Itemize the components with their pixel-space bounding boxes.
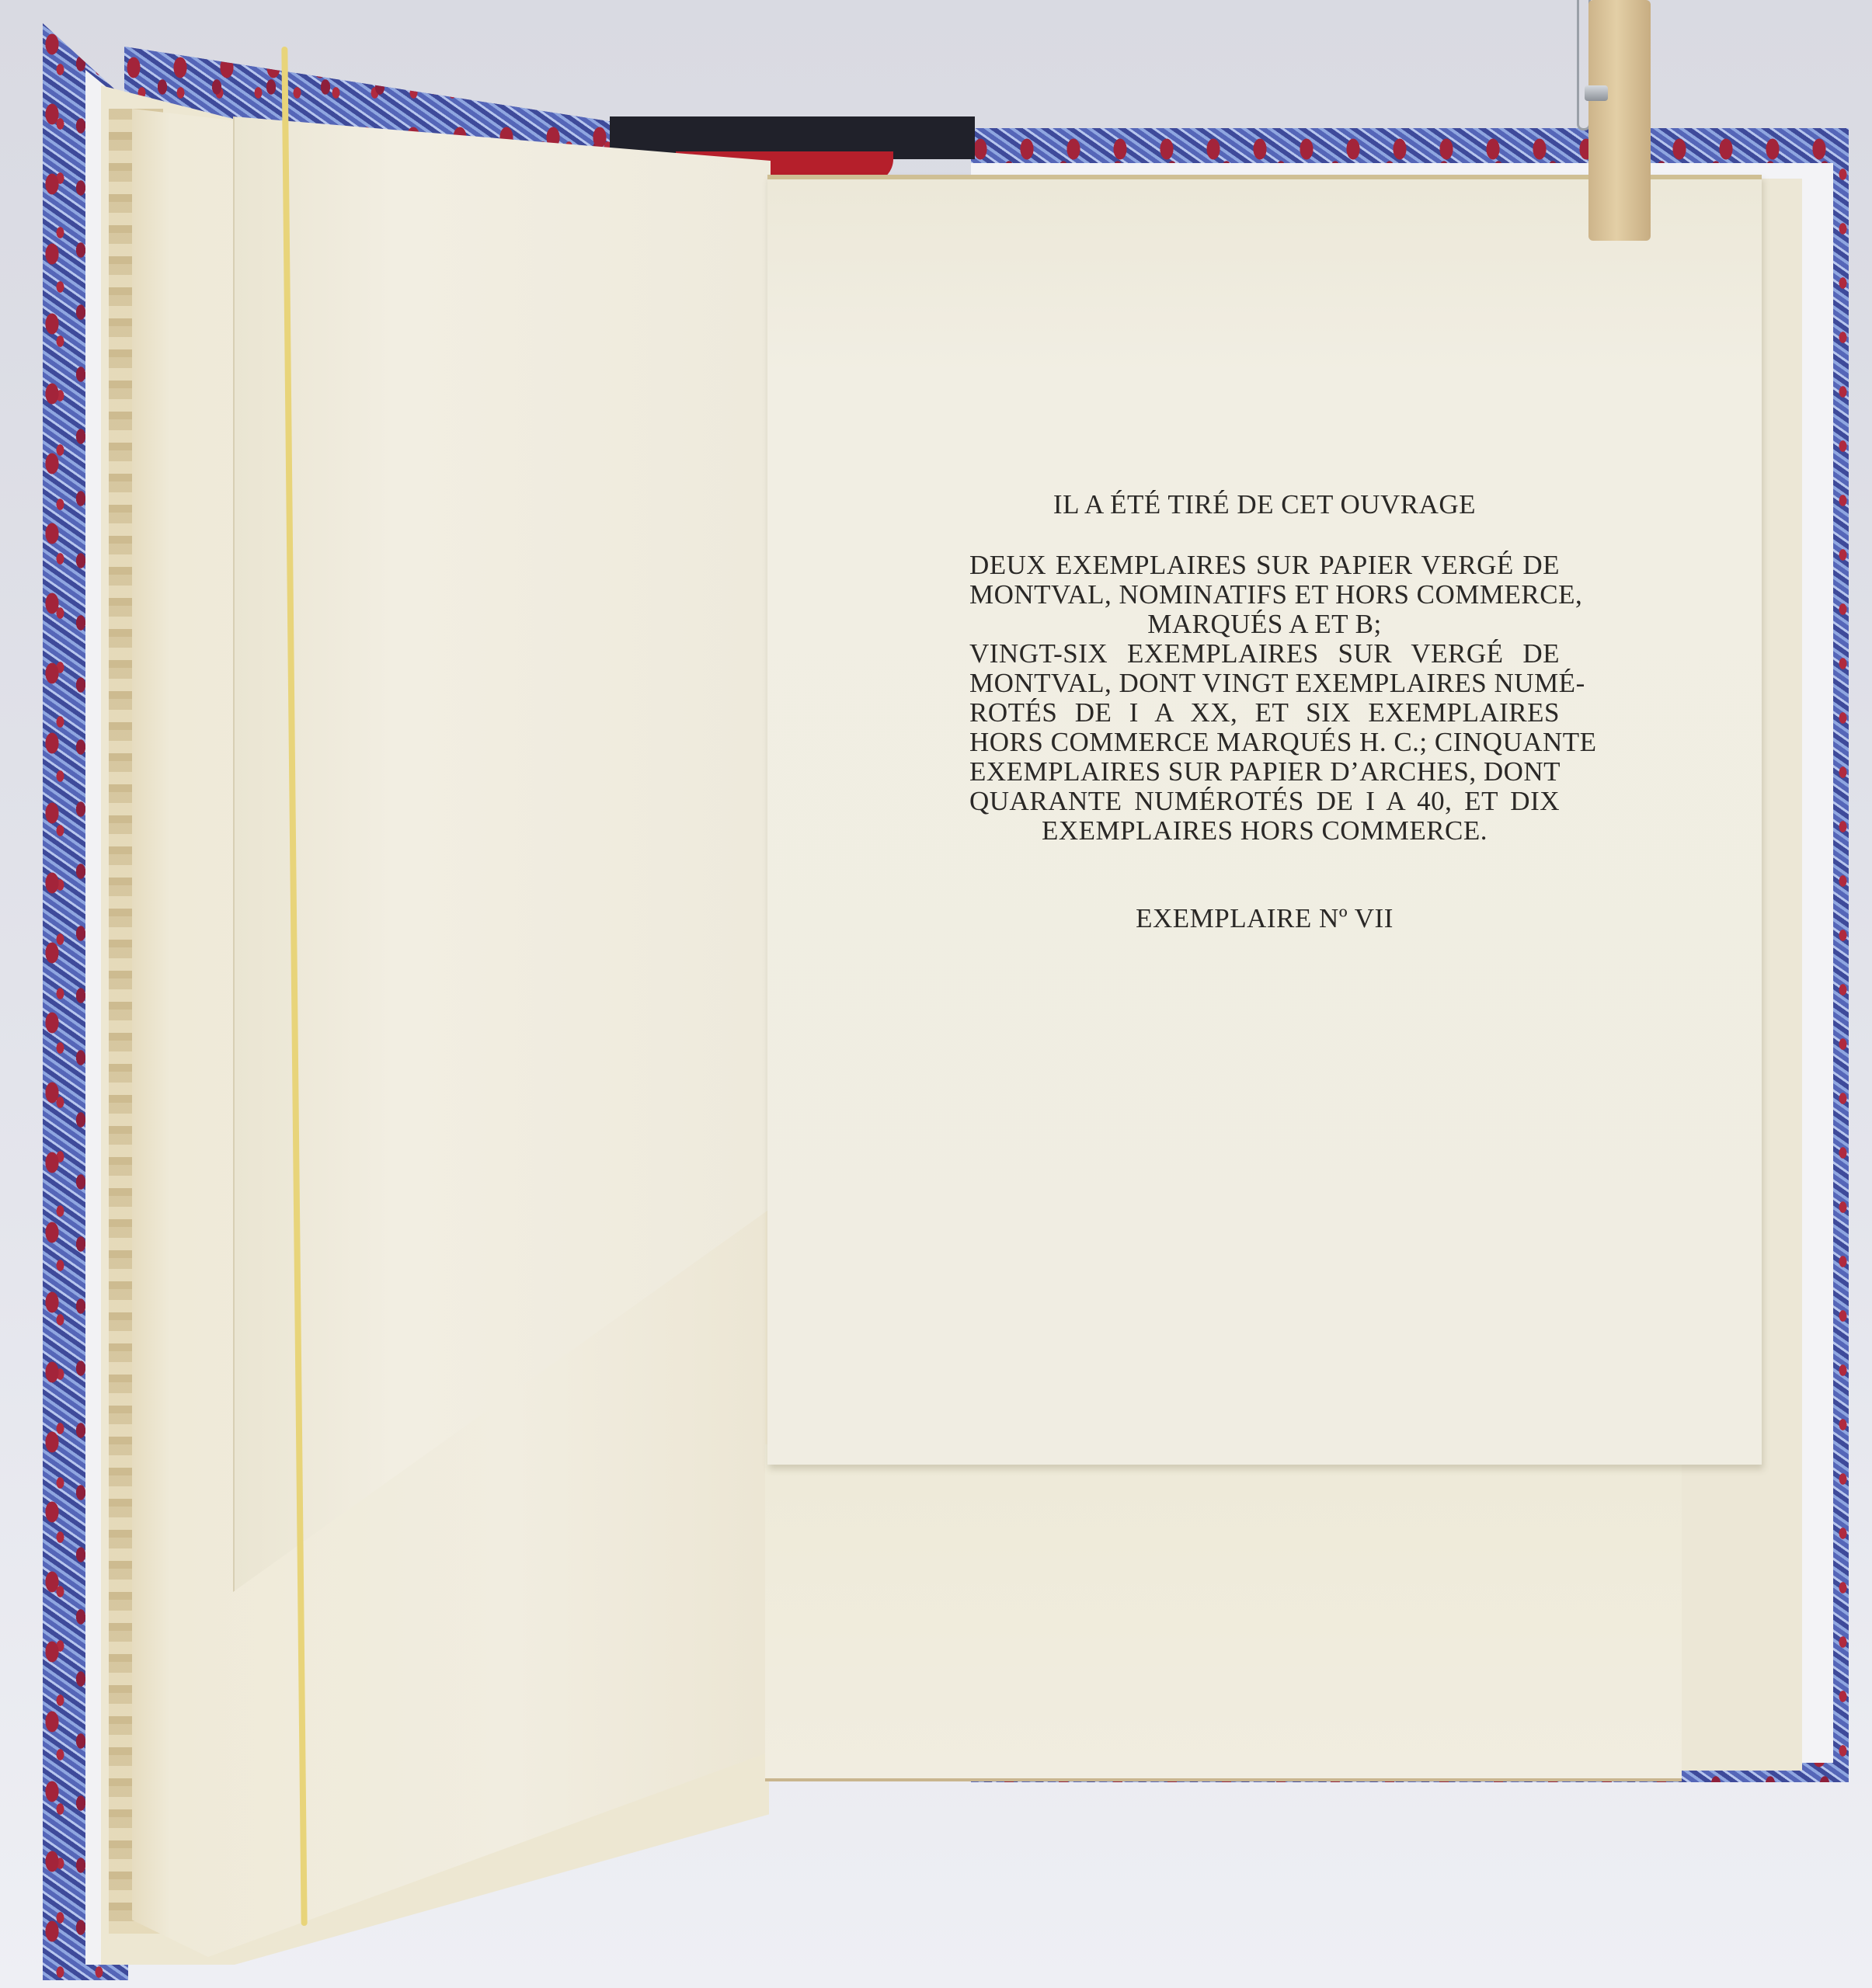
colophon-line: QUARANTE NUMÉROTÉS DE I A 40, ET DIX — [969, 787, 1560, 816]
copy-number: EXEMPLAIRE Nº VII — [969, 904, 1560, 933]
colophon-line: EXEMPLAIRES SUR PAPIER D’ARCHES, DONT — [969, 757, 1560, 787]
colophon-line: EXEMPLAIRES HORS COMMERCE. — [969, 816, 1560, 846]
colophon-line: MARQUÉS A ET B; — [969, 610, 1560, 639]
clothespin-coil — [1585, 85, 1608, 101]
colophon-page: IL A ÉTÉ TIRÉ DE CET OUVRAGE DEUX EXEMPL… — [767, 175, 1762, 1465]
colophon-heading: IL A ÉTÉ TIRÉ DE CET OUVRAGE — [969, 490, 1560, 520]
colophon-line: VINGT-SIX EXEMPLAIRES SUR VERGÉ DE — [969, 639, 1560, 669]
colophon-limitation-statement: DEUX EXEMPLAIRES SUR PAPIER VERGÉ DE MON… — [969, 551, 1560, 846]
wooden-clothespin — [1588, 0, 1651, 241]
colophon-line: DEUX EXEMPLAIRES SUR PAPIER VERGÉ DE — [969, 551, 1560, 580]
colophon-line: ROTÉS DE I A XX, ET SIX EXEMPLAIRES — [969, 698, 1560, 728]
right-page-lower-leaf — [765, 1444, 1682, 1781]
colophon-text-block: IL A ÉTÉ TIRÉ DE CET OUVRAGE DEUX EXEMPL… — [969, 490, 1560, 933]
colophon-line: HORS COMMERCE MARQUÉS H. C.; CINQUANTE — [969, 728, 1560, 757]
colophon-line: MONTVAL, DONT VINGT EXEMPLAIRES NUMÉ- — [969, 669, 1560, 698]
colophon-line: MONTVAL, NOMINATIFS ET HORS COMMERCE, — [969, 580, 1560, 610]
